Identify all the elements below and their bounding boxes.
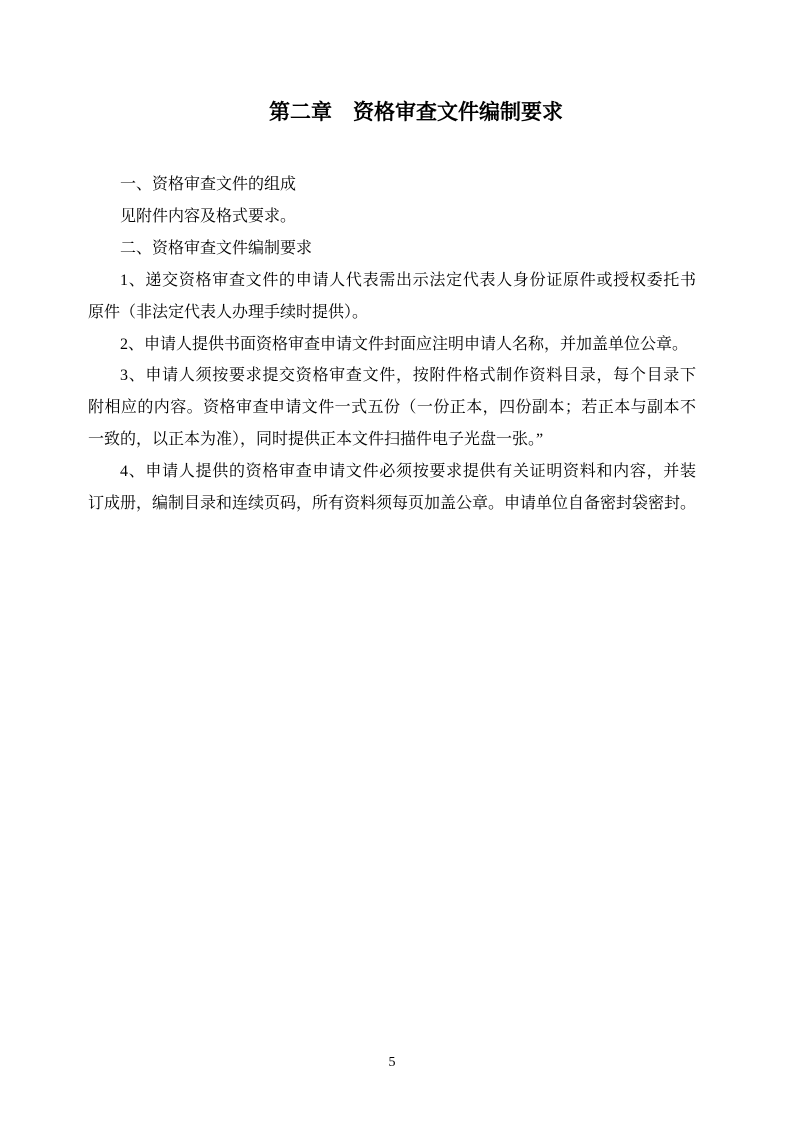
text-line: 1、递交资格审查文件的申请人代表需出示法定代表人身份证原件或授权委托书 (88, 265, 696, 297)
document-page: 第二章 资格审查文件编制要求 一、资格审查文件的组成见附件内容及格式要求。二、资… (0, 0, 793, 1122)
paragraph: 1、递交资格审查文件的申请人代表需出示法定代表人身份证原件或授权委托书原件（非法… (88, 265, 696, 329)
paragraph: 3、申请人须按要求提交资格审查文件，按附件格式制作资料目录，每个目录下附相应的内… (88, 360, 696, 456)
text-line: 3、申请人须按要求提交资格审查文件，按附件格式制作资料目录，每个目录下 (88, 360, 696, 392)
text-line: 附相应的内容。资格审查申请文件一式五份（一份正本，四份副本；若正本与副本不 (88, 392, 696, 424)
text-line: 一、资格审查文件的组成 (88, 169, 696, 201)
text-line: 2、申请人提供书面资格审查申请文件封面应注明申请人名称，并加盖单位公章。 (88, 329, 696, 361)
text-line: 二、资格审查文件编制要求 (88, 233, 696, 265)
document-body: 一、资格审查文件的组成见附件内容及格式要求。二、资格审查文件编制要求1、递交资格… (88, 169, 696, 520)
page-number: 5 (88, 1053, 696, 1073)
paragraph: 4、申请人提供的资格审查申请文件必须按要求提供有关证明资料和内容，并装订成册，编… (88, 456, 696, 520)
chapter-title: 第二章 资格审查文件编制要求 (112, 95, 720, 129)
paragraph: 一、资格审查文件的组成 (88, 169, 696, 201)
text-line: 4、申请人提供的资格审查申请文件必须按要求提供有关证明资料和内容，并装 (88, 456, 696, 488)
text-line: 一致的，以正本为准），同时提供正本文件扫描件电子光盘一张。” (88, 424, 696, 456)
text-line: 订成册，编制目录和连续页码，所有资料须每页加盖公章。申请单位自备密封袋密封。 (88, 488, 696, 520)
paragraph: 见附件内容及格式要求。 (88, 201, 696, 233)
text-line: 见附件内容及格式要求。 (88, 201, 696, 233)
paragraph: 2、申请人提供书面资格审查申请文件封面应注明申请人名称，并加盖单位公章。 (88, 329, 696, 361)
paragraph: 二、资格审查文件编制要求 (88, 233, 696, 265)
text-line: 原件（非法定代表人办理手续时提供）。 (88, 297, 696, 329)
